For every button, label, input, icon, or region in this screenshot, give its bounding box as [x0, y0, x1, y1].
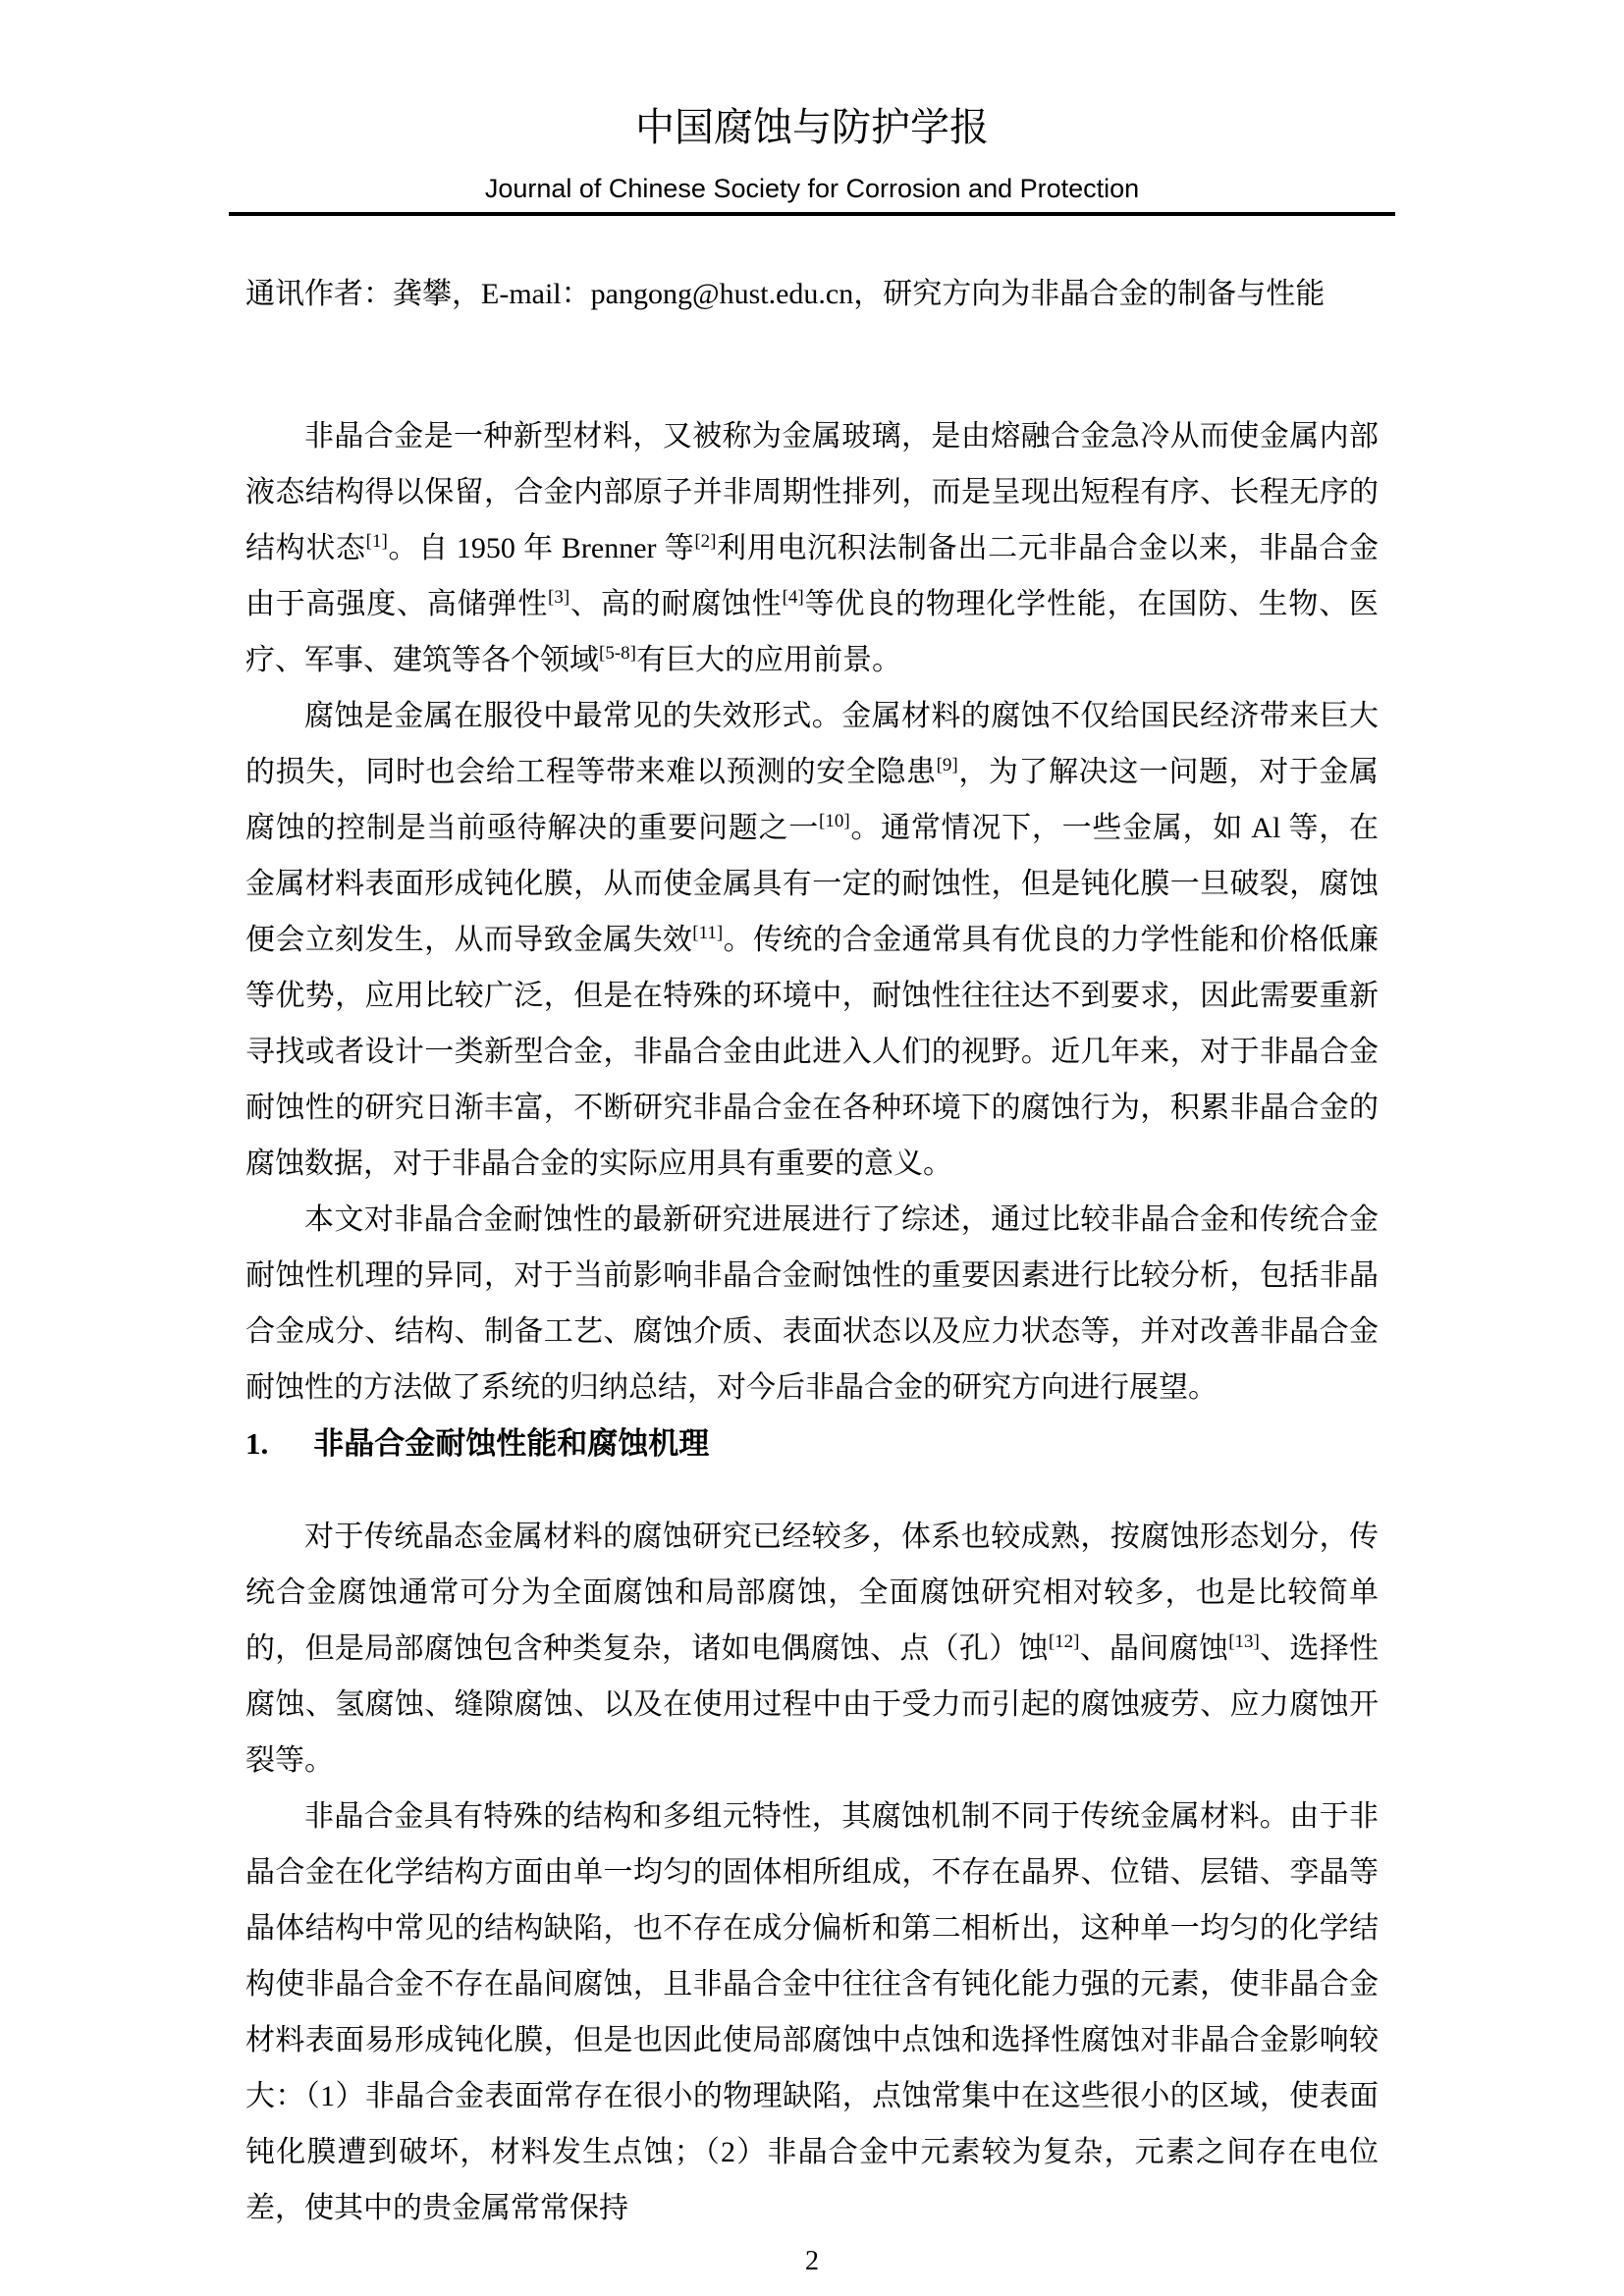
citation-ref: [3]: [548, 587, 569, 608]
citation-ref: [13]: [1228, 1631, 1260, 1652]
citation-ref: [1]: [366, 531, 388, 552]
citation-ref: [11]: [692, 923, 723, 943]
citation-ref: [10]: [819, 811, 850, 831]
paragraph-intro-2: 腐蚀是金属在服役中最常见的失效形式。金属材料的腐蚀不仅给国民经济带来巨大的损失，…: [245, 688, 1379, 1192]
document-page: 中国腐蚀与防护学报 Journal of Chinese Society for…: [0, 0, 1624, 2296]
paragraph-intro-3: 本文对非晶合金耐蚀性的最新研究进展进行了综述，通过比较非晶合金和传统合金耐蚀性机…: [245, 1192, 1379, 1415]
section-1-title: 非晶合金耐蚀性能和腐蚀机理: [313, 1426, 709, 1461]
header-divider-rule: [229, 212, 1395, 216]
paragraph-section1-1: 对于传统晶态金属材料的腐蚀研究已经较多，体系也较成熟，按腐蚀形态划分，传统合金腐…: [245, 1509, 1379, 1789]
paragraph-intro-1: 非晶合金是一种新型材料，又被称为金属玻璃，是由熔融合金急冷从而使金属内部液态结构…: [245, 408, 1379, 688]
citation-ref: [4]: [783, 587, 804, 608]
page-number: 2: [245, 2247, 1379, 2276]
citation-ref: [12]: [1049, 1631, 1080, 1652]
citation-ref: [5-8]: [599, 643, 636, 664]
section-1-number: 1.: [245, 1426, 268, 1461]
page-content: 通讯作者：龚攀，E-mail：pangong@hust.edu.cn，研究方向为…: [245, 277, 1379, 2276]
journal-header: 中国腐蚀与防护学报 Journal of Chinese Society for…: [0, 104, 1624, 216]
section-1-heading: 1.非晶合金耐蚀性能和腐蚀机理: [245, 1415, 1379, 1471]
citation-ref: [9]: [937, 755, 958, 775]
paragraph-section1-2: 非晶合金具有特殊的结构和多组元特性，其腐蚀机制不同于传统金属材料。由于非晶合金在…: [245, 1789, 1379, 2236]
corresponding-author-note: 通讯作者：龚攀，E-mail：pangong@hust.edu.cn，研究方向为…: [245, 277, 1379, 312]
journal-title-en: Journal of Chinese Society for Corrosion…: [0, 173, 1624, 204]
citation-ref: [2]: [694, 531, 716, 552]
journal-title-cn: 中国腐蚀与防护学报: [0, 104, 1624, 151]
